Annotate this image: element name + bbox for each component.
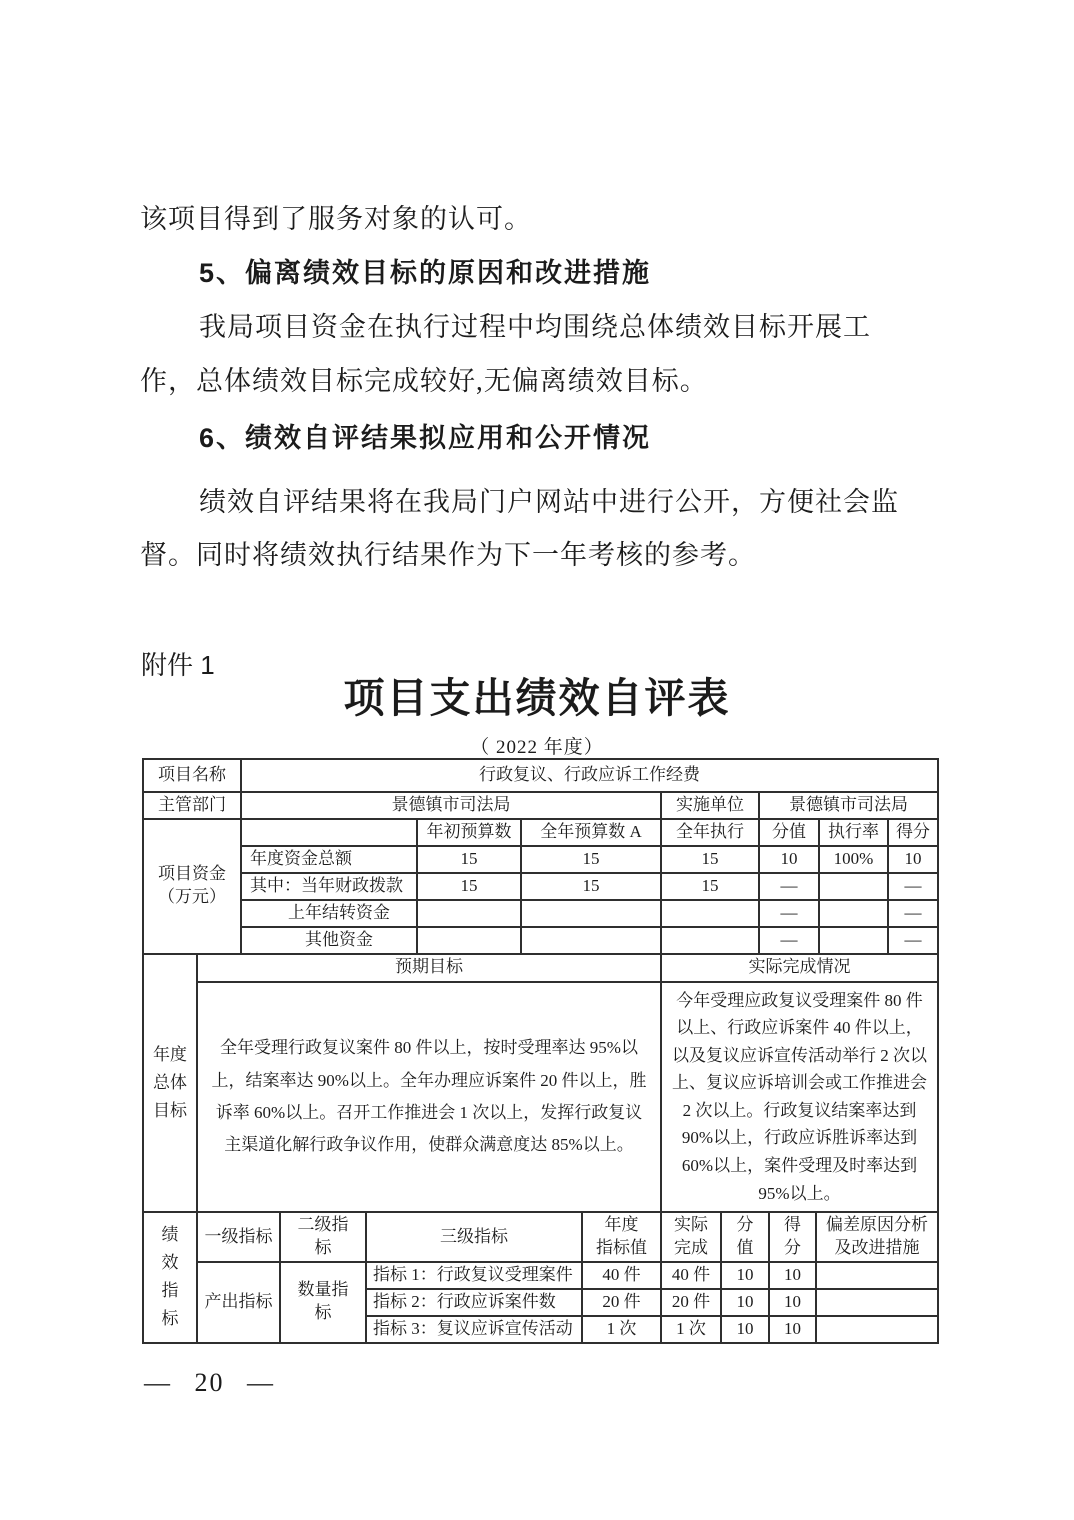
funds-other-initial (417, 927, 521, 954)
funds-carryover-score: — (888, 900, 938, 927)
goal-header-row: 年度 总体 目标 预期目标 实际完成情况 (143, 954, 938, 982)
funds-other-points: — (759, 927, 819, 954)
funds-total-rate: 100% (819, 846, 888, 873)
indicator3-score: 10 (769, 1316, 816, 1343)
col-header-annual-budget: 全年预算数 A (521, 819, 661, 846)
annual-goal-section-table: 年度 总体 目标 预期目标 实际完成情况 全年受理行政复议案件 80 件以上，按… (142, 953, 939, 1213)
section6-line1: 绩效自评结果将在我局门户网站中进行公开，方便社会监 (199, 486, 899, 518)
indicator1-target: 40 件 (582, 1262, 661, 1289)
funds-total-executed: 15 (661, 846, 759, 873)
section5-line1: 我局项目资金在执行过程中均围绕总体绩效目标开展工 (199, 311, 871, 343)
header-points: 分 值 (721, 1212, 769, 1262)
funds-fiscal-points: — (759, 873, 819, 900)
header-level3-indicator: 三级指标 (366, 1212, 582, 1262)
indicator1-actual: 40 件 (661, 1262, 721, 1289)
indicator3-name: 指标 3：复议应诉宣传活动 (366, 1316, 582, 1343)
actual-completion-text: 今年受理应政复议受理案件 80 件以上、行政应诉案件 40 件以上，以及复议应诉… (661, 982, 938, 1212)
project-name-label: 项目名称 (143, 759, 241, 792)
funds-other-executed (661, 927, 759, 954)
intro-paragraph: 该项目得到了服务对象的认可。 (140, 203, 532, 235)
project-name-value: 行政复议、行政应诉工作经费 (241, 759, 938, 792)
header-deviation-analysis: 偏差原因分析 及改进措施 (816, 1212, 938, 1262)
table-subtitle: （ 2022 年度） (0, 732, 1074, 759)
indicator-row-1: 产出指标 数量指 标 指标 1：行政复议受理案件 40 件 40 件 10 10 (143, 1262, 938, 1289)
funds-label-carryover: 上年结转资金 (241, 900, 417, 927)
header-level1-indicator: 一级指标 (197, 1212, 280, 1262)
funds-fiscal-rate (819, 873, 888, 900)
indicators-header-row: 绩 效 指 标 一级指标 二级指 标 三级指标 年度 指标值 实际 完成 分 值… (143, 1212, 938, 1262)
funds-fiscal-score: — (888, 873, 938, 900)
col-header-score: 得分 (888, 819, 938, 846)
header-level2-indicator: 二级指 标 (280, 1212, 366, 1262)
indicators-section-table: 绩 效 指 标 一级指标 二级指 标 三级指标 年度 指标值 实际 完成 分 值… (142, 1211, 939, 1344)
funds-fiscal-initial: 15 (417, 873, 521, 900)
col-header-exec-rate: 执行率 (819, 819, 888, 846)
funds-row-fiscal: 其中：当年财政拨款 15 15 15 — — (143, 873, 938, 900)
funds-row-carryover: 上年结转资金 — — (143, 900, 938, 927)
funds-other-rate (819, 927, 888, 954)
indicator3-actual: 1 次 (661, 1316, 721, 1343)
funds-carryover-annual (521, 900, 661, 927)
header-score: 得 分 (769, 1212, 816, 1262)
col-header-executed: 全年执行 (661, 819, 759, 846)
indicator1-deviation (816, 1262, 938, 1289)
funds-total-annual: 15 (521, 846, 661, 873)
indicator2-score: 10 (769, 1289, 816, 1316)
expected-goal-text: 全年受理行政复议案件 80 件以上，按时受理率达 95%以上，结案率达 90%以… (197, 982, 661, 1212)
self-evaluation-table: 项目名称 行政复议、行政应诉工作经费 主管部门 景德镇市司法局 实施单位 景德镇… (142, 758, 937, 1344)
actual-completion-header: 实际完成情况 (661, 954, 938, 982)
section5-line2: 作，总体绩效目标完成较好,无偏离绩效目标。 (140, 365, 708, 397)
funds-label-fiscal: 其中：当年财政拨款 (241, 873, 417, 900)
goal-row-label: 年度 总体 目标 (143, 954, 197, 1212)
funds-label-other: 其他资金 (241, 927, 417, 954)
indicator2-deviation (816, 1289, 938, 1316)
funds-total-initial: 15 (417, 846, 521, 873)
header-actual-completion: 实际 完成 (661, 1212, 721, 1262)
table-title: 项目支出绩效自评表 (0, 676, 1074, 720)
impl-unit-value: 景德镇市司法局 (759, 792, 938, 819)
level2-quantity-indicator: 数量指 标 (280, 1262, 366, 1343)
indicator2-points: 10 (721, 1289, 769, 1316)
funds-label-total: 年度资金总额 (241, 846, 417, 873)
funds-total-points: 10 (759, 846, 819, 873)
indicator3-points: 10 (721, 1316, 769, 1343)
empty-cell (241, 819, 417, 846)
section5-heading: 5、偏离绩效目标的原因和改进措施 (199, 257, 651, 289)
funds-total-score: 10 (888, 846, 938, 873)
project-name-row: 项目名称 行政复议、行政应诉工作经费 (143, 759, 938, 792)
funds-header-row: 项目资金 （万元） 年初预算数 全年预算数 A 全年执行 分值 执行率 得分 (143, 819, 938, 846)
dept-label: 主管部门 (143, 792, 241, 819)
section6-line2: 督。同时将绩效执行结果作为下一年考核的参考。 (140, 539, 756, 571)
page-number: — 20 — (144, 1368, 275, 1398)
funds-other-annual (521, 927, 661, 954)
document-page: 该项目得到了服务对象的认可。 5、偏离绩效目标的原因和改进措施 我局项目资金在执… (0, 0, 1074, 1520)
dept-value: 景德镇市司法局 (241, 792, 661, 819)
header-annual-target: 年度 指标值 (582, 1212, 661, 1262)
indicators-row-label: 绩 效 指 标 (143, 1212, 197, 1343)
level1-output-indicator: 产出指标 (197, 1262, 280, 1343)
impl-unit-label: 实施单位 (661, 792, 759, 819)
funds-row-other: 其他资金 — — (143, 927, 938, 954)
expected-goal-header: 预期目标 (197, 954, 661, 982)
indicator3-deviation (816, 1316, 938, 1343)
department-row: 主管部门 景德镇市司法局 实施单位 景德镇市司法局 (143, 792, 938, 819)
section6-heading: 6、绩效自评结果拟应用和公开情况 (199, 422, 651, 454)
col-header-points: 分值 (759, 819, 819, 846)
indicator1-points: 10 (721, 1262, 769, 1289)
goal-content-row: 全年受理行政复议案件 80 件以上，按时受理率达 95%以上，结案率达 90%以… (143, 982, 938, 1212)
col-header-initial-budget: 年初预算数 (417, 819, 521, 846)
funds-row-total: 年度资金总额 15 15 15 10 100% 10 (143, 846, 938, 873)
funds-carryover-rate (819, 900, 888, 927)
indicator1-score: 10 (769, 1262, 816, 1289)
funds-fiscal-annual: 15 (521, 873, 661, 900)
funds-row-label: 项目资金 （万元） (143, 819, 241, 954)
funds-carryover-points: — (759, 900, 819, 927)
funds-carryover-initial (417, 900, 521, 927)
indicator2-target: 20 件 (582, 1289, 661, 1316)
indicator1-name: 指标 1：行政复议受理案件 (366, 1262, 582, 1289)
funds-carryover-executed (661, 900, 759, 927)
indicator2-actual: 20 件 (661, 1289, 721, 1316)
indicator2-name: 指标 2：行政应诉案件数 (366, 1289, 582, 1316)
funds-section-table: 项目名称 行政复议、行政应诉工作经费 主管部门 景德镇市司法局 实施单位 景德镇… (142, 758, 939, 955)
funds-fiscal-executed: 15 (661, 873, 759, 900)
funds-other-score: — (888, 927, 938, 954)
indicator3-target: 1 次 (582, 1316, 661, 1343)
